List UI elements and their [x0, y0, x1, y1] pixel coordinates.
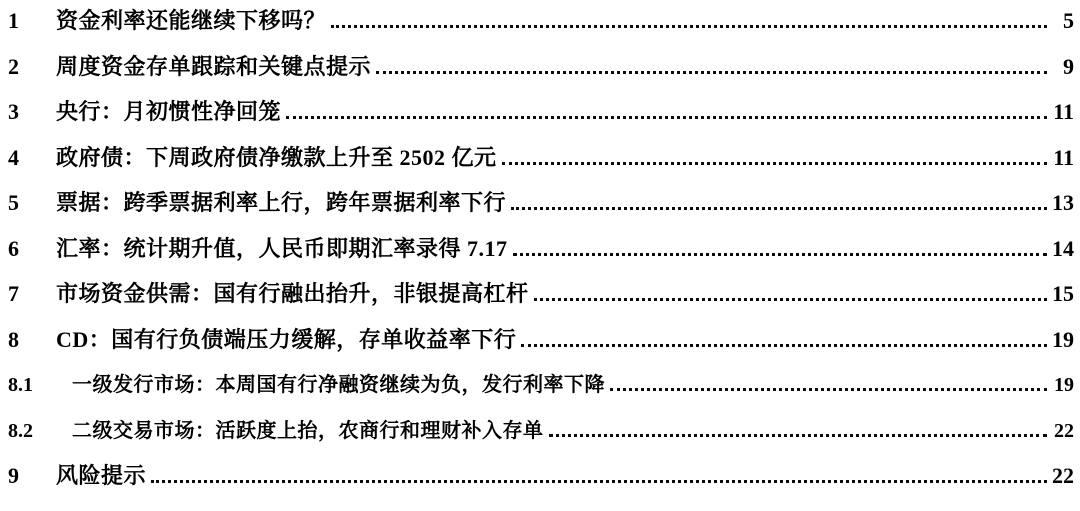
- dot-leader: [610, 388, 1047, 391]
- toc-entry-title: CD：国有行负债端压力缓解，存单收益率下行: [56, 323, 520, 354]
- toc-entry-title: 风险提示: [56, 459, 150, 490]
- toc-entry-number: 6: [8, 236, 56, 262]
- toc-entry-number: 8.1: [8, 374, 72, 397]
- toc-entry-page: 14: [1050, 236, 1074, 262]
- toc-entry-8.2[interactable]: 8.2 二级交易市场：活跃度上抬，农商行和理财补入存单 22: [8, 414, 1074, 460]
- toc-entry-9[interactable]: 9 风险提示 22: [8, 459, 1074, 505]
- toc-entry-page: 22: [1050, 463, 1074, 489]
- toc-entry-number: 9: [8, 463, 56, 489]
- toc-entry-number: 2: [8, 54, 56, 80]
- toc-entry-number: 8.2: [8, 420, 72, 443]
- toc-entry-8[interactable]: 8 CD：国有行负债端压力缓解，存单收益率下行 19: [8, 323, 1074, 369]
- toc-entry-page: 11: [1050, 145, 1074, 171]
- toc-entry-3[interactable]: 3 央行：月初惯性净回笼 11: [8, 95, 1074, 141]
- toc-entry-number: 1: [8, 8, 56, 34]
- toc-entry-1[interactable]: 1 资金利率还能继续下移吗？ 5: [8, 4, 1074, 50]
- toc-entry-title: 一级发行市场：本周国有行净融资继续为负，发行利率下降: [72, 368, 609, 397]
- toc-list: 1 资金利率还能继续下移吗？ 5 2 周度资金存单跟踪和关键点提示 9 3 央行…: [8, 4, 1074, 505]
- toc-entry-page: 5: [1050, 8, 1074, 34]
- toc-entry-page: 9: [1050, 54, 1074, 80]
- toc-entry-title: 资金利率还能继续下移吗？: [56, 4, 330, 35]
- toc-entry-2[interactable]: 2 周度资金存单跟踪和关键点提示 9: [8, 50, 1074, 96]
- dot-leader: [376, 71, 1047, 74]
- dot-leader: [513, 253, 1047, 256]
- toc-entry-8.1[interactable]: 8.1 一级发行市场：本周国有行净融资继续为负，发行利率下降 19: [8, 368, 1074, 414]
- toc-entry-page: 19: [1050, 374, 1074, 397]
- dot-leader: [534, 298, 1047, 301]
- dot-leader: [549, 434, 1048, 437]
- dot-leader: [502, 162, 1047, 165]
- toc-entry-page: 13: [1050, 190, 1074, 216]
- toc-entry-number: 8: [8, 327, 56, 353]
- toc-entry-number: 5: [8, 190, 56, 216]
- toc-entry-number: 3: [8, 99, 56, 125]
- toc-entry-6[interactable]: 6 汇率：统计期升值，人民币即期汇率录得 7.17 14: [8, 232, 1074, 278]
- dot-leader: [151, 480, 1047, 483]
- toc-entry-page: 11: [1050, 99, 1074, 125]
- dot-leader: [521, 344, 1047, 347]
- toc-entry-title: 汇率：统计期升值，人民币即期汇率录得 7.17: [56, 232, 512, 263]
- toc-entry-title: 政府债：下周政府债净缴款上升至 2502 亿元: [56, 141, 501, 172]
- dot-leader: [331, 25, 1047, 28]
- toc-entry-title: 央行：月初惯性净回笼: [56, 95, 285, 126]
- table-of-contents-page: 1 资金利率还能继续下移吗？ 5 2 周度资金存单跟踪和关键点提示 9 3 央行…: [0, 0, 1080, 511]
- toc-entry-title: 二级交易市场：活跃度上抬，农商行和理财补入存单: [72, 414, 548, 443]
- toc-entry-page: 15: [1050, 281, 1074, 307]
- toc-entry-number: 7: [8, 281, 56, 307]
- dot-leader: [286, 116, 1047, 119]
- dot-leader: [511, 207, 1047, 210]
- toc-entry-title: 周度资金存单跟踪和关键点提示: [56, 50, 375, 81]
- toc-entry-4[interactable]: 4 政府债：下周政府债净缴款上升至 2502 亿元 11: [8, 141, 1074, 187]
- toc-entry-7[interactable]: 7 市场资金供需：国有行融出抬升，非银提高杠杆 15: [8, 277, 1074, 323]
- toc-entry-page: 19: [1050, 327, 1074, 353]
- toc-entry-title: 票据：跨季票据利率上行，跨年票据利率下行: [56, 186, 510, 217]
- toc-entry-page: 22: [1050, 420, 1074, 443]
- toc-entry-number: 4: [8, 145, 56, 171]
- toc-entry-5[interactable]: 5 票据：跨季票据利率上行，跨年票据利率下行 13: [8, 186, 1074, 232]
- toc-entry-title: 市场资金供需：国有行融出抬升，非银提高杠杆: [56, 277, 533, 308]
